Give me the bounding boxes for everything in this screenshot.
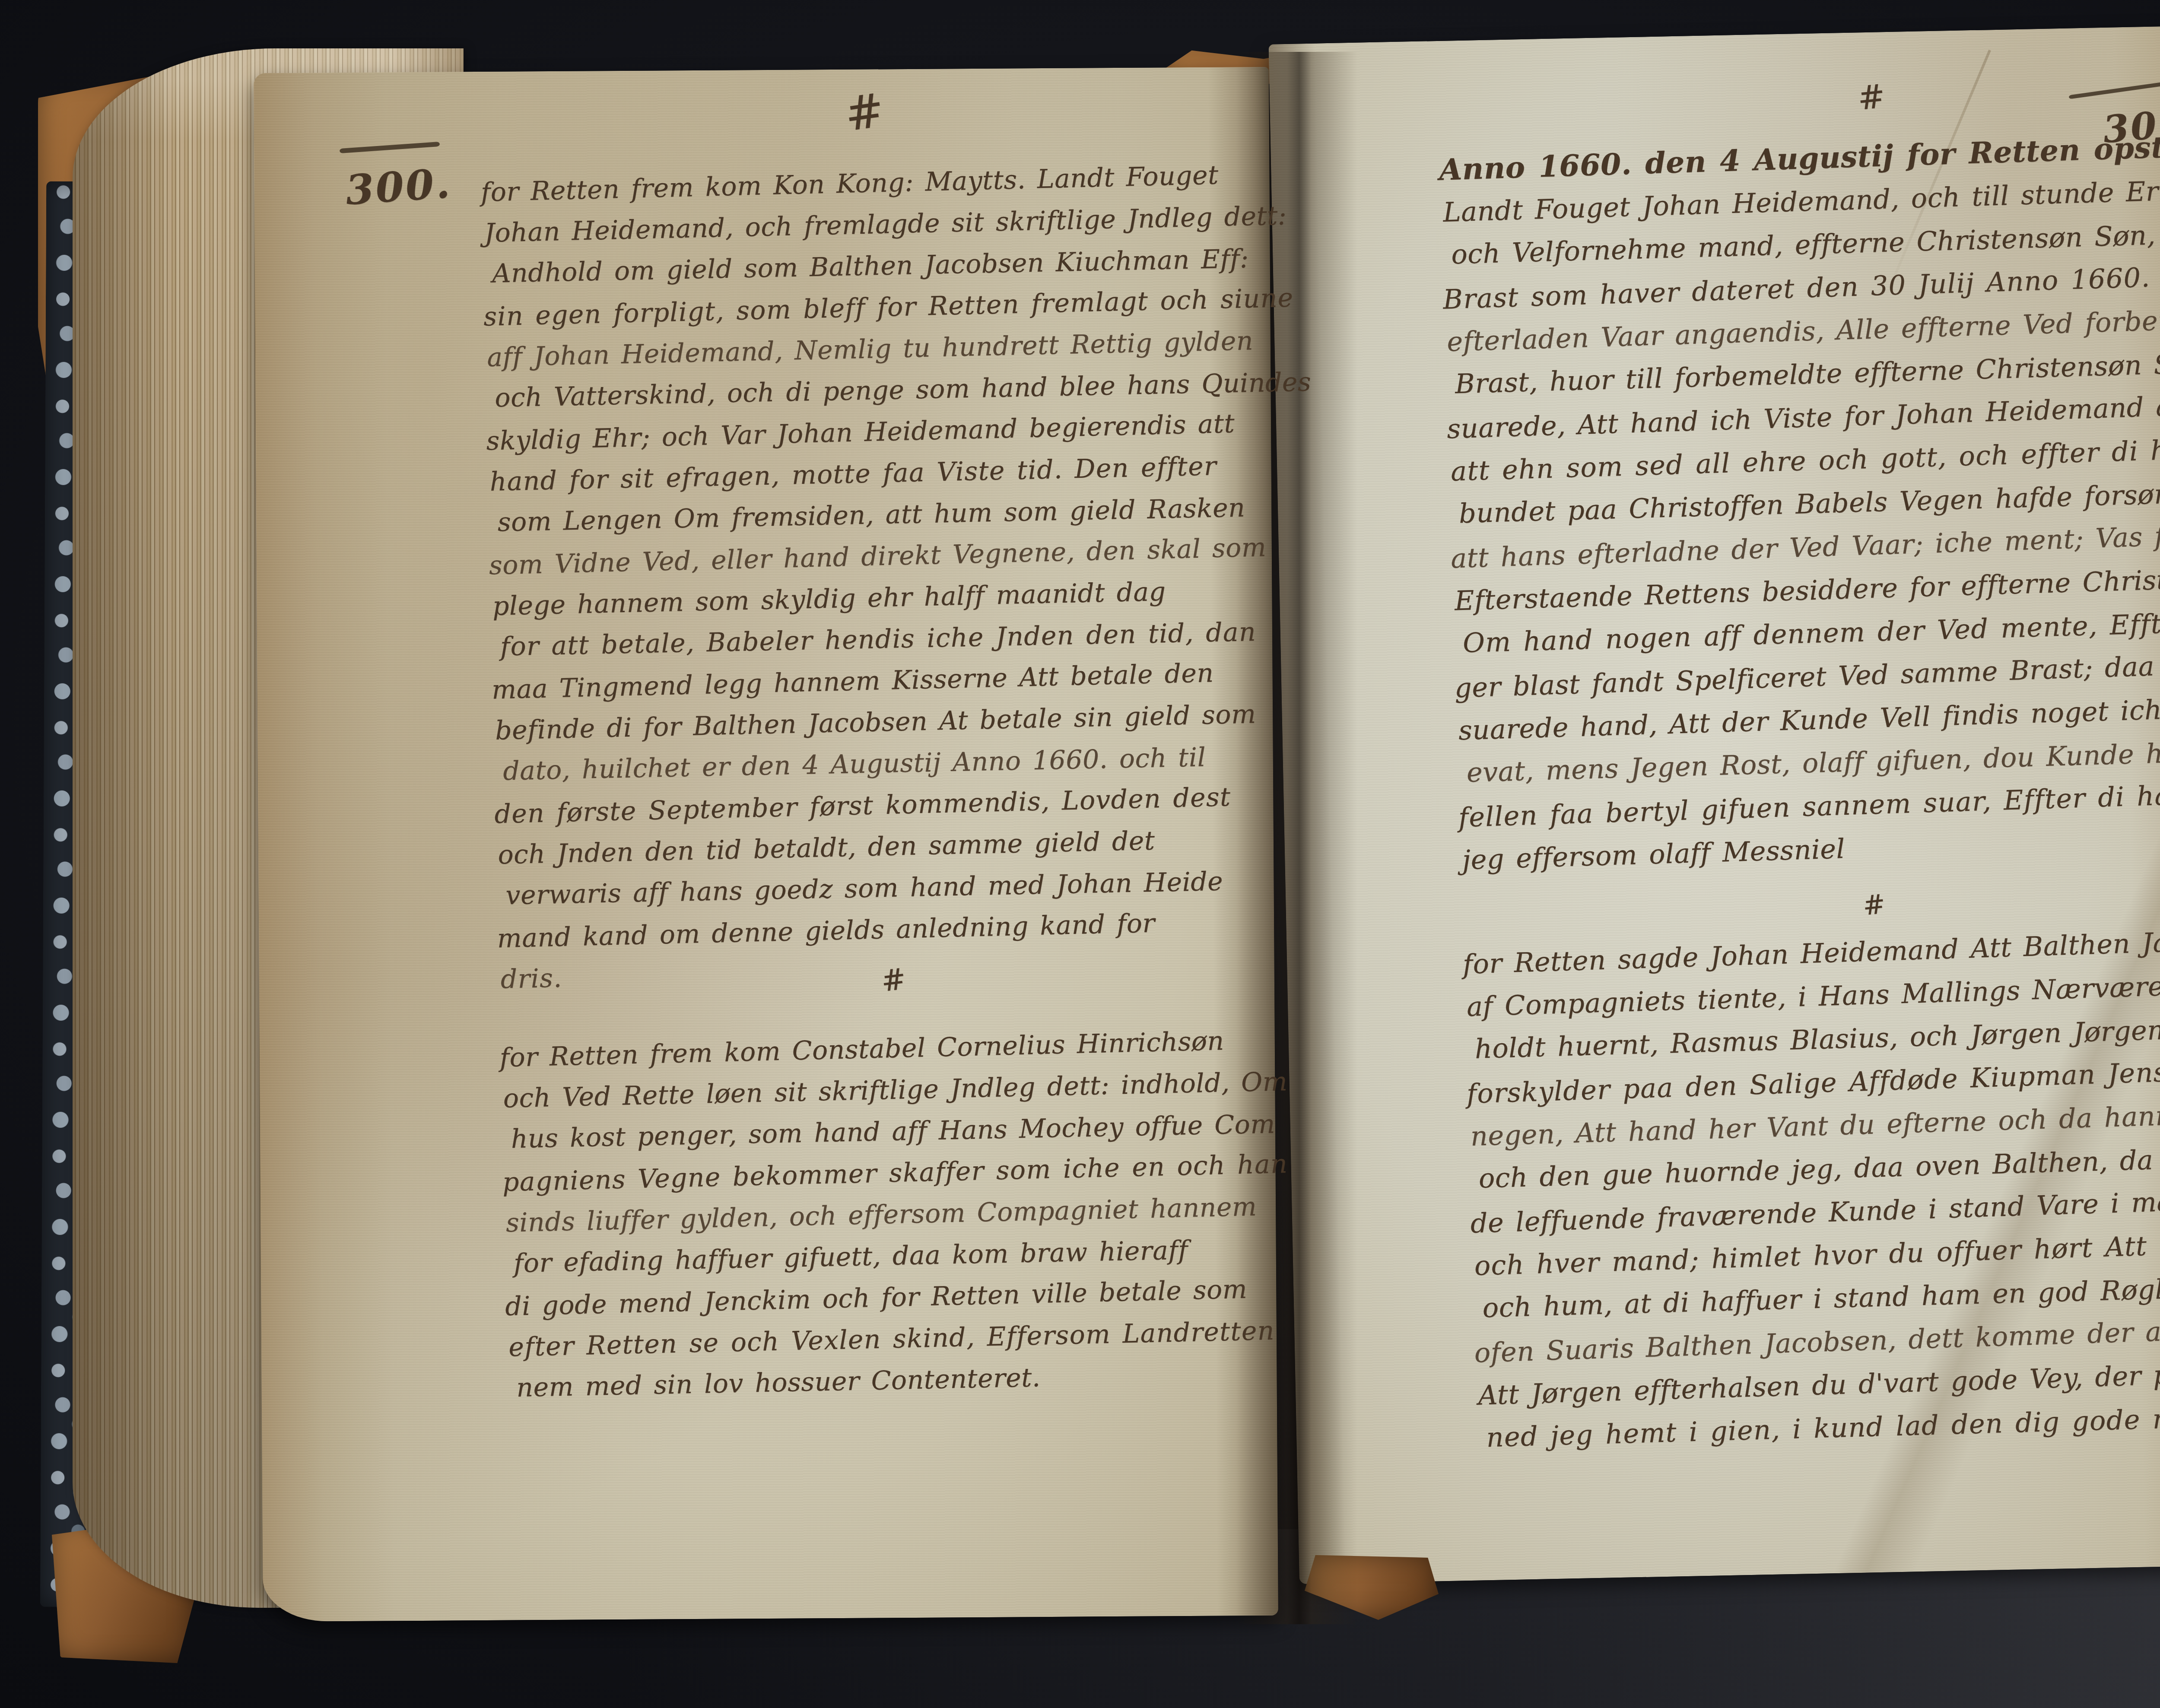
section-mark-right-divider: # <box>1861 888 1887 921</box>
section-mark-left-divider: # <box>879 962 908 999</box>
right-page-text: Anno 1660. den 4 Augustij for Retten ops… <box>1441 124 2160 1460</box>
left-paragraph-2: for Retten frem kom Constabel Cornelius … <box>502 1019 1296 1410</box>
section-mark-left-top: # <box>842 83 888 142</box>
section-mark-right-top: # <box>1856 76 1887 117</box>
page-number-left: 300. <box>344 160 453 215</box>
left-paragraph-1: for Retten frem kom Kon Kong: Maytts. La… <box>483 154 1287 1000</box>
archival-photo-scene: 300. # 301 # for Retten frem kom Kon Kon… <box>0 0 2160 1708</box>
left-page-text: for Retten frem kom Kon Kong: Maytts. La… <box>483 154 1296 1410</box>
right-paragraph-1: Anno 1660. den 4 Augustij for Retten ops… <box>1441 124 2160 882</box>
right-paragraph-2: for Retten sagde Johan Heidemand Att Bal… <box>1465 918 2160 1460</box>
